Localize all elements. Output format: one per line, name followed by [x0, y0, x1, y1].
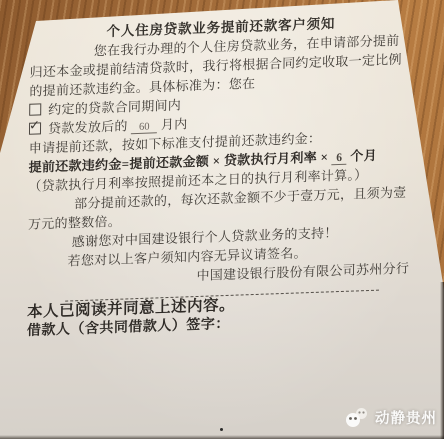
option-after-issuance-suffix: 月内 [161, 116, 188, 132]
broadcaster-watermark: 动静贵州 [345, 407, 437, 428]
option-after-issuance-prefix: 贷款发放后的 [48, 118, 128, 136]
watermark-text: 动静贵州 [375, 407, 437, 428]
photo-right-edge-shadow [440, 282, 444, 439]
dongjing-guizhou-logo-icon [345, 407, 370, 428]
checkbox-unchecked-icon [29, 103, 41, 115]
photo-bottom-edge-shadow [0, 435, 444, 439]
checkbox-checked-icon: ✓ [29, 122, 41, 134]
notice-document: 个人住房贷款业务提前还款客户须知 您在我行办理的个人住房贷款业务，在申请部分提前… [27, 11, 412, 341]
months-fill-value: 60 [131, 121, 157, 134]
formula-suffix: 个月 [350, 148, 377, 164]
ink-dot [220, 428, 223, 431]
paper-notice-sheet: 个人住房贷款业务提前还款客户须知 您在我行办理的个人住房贷款业务，在申请部分提前… [0, 0, 444, 439]
formula-months-fill: 6 [332, 153, 347, 166]
check-mark-icon: ✓ [29, 116, 40, 135]
